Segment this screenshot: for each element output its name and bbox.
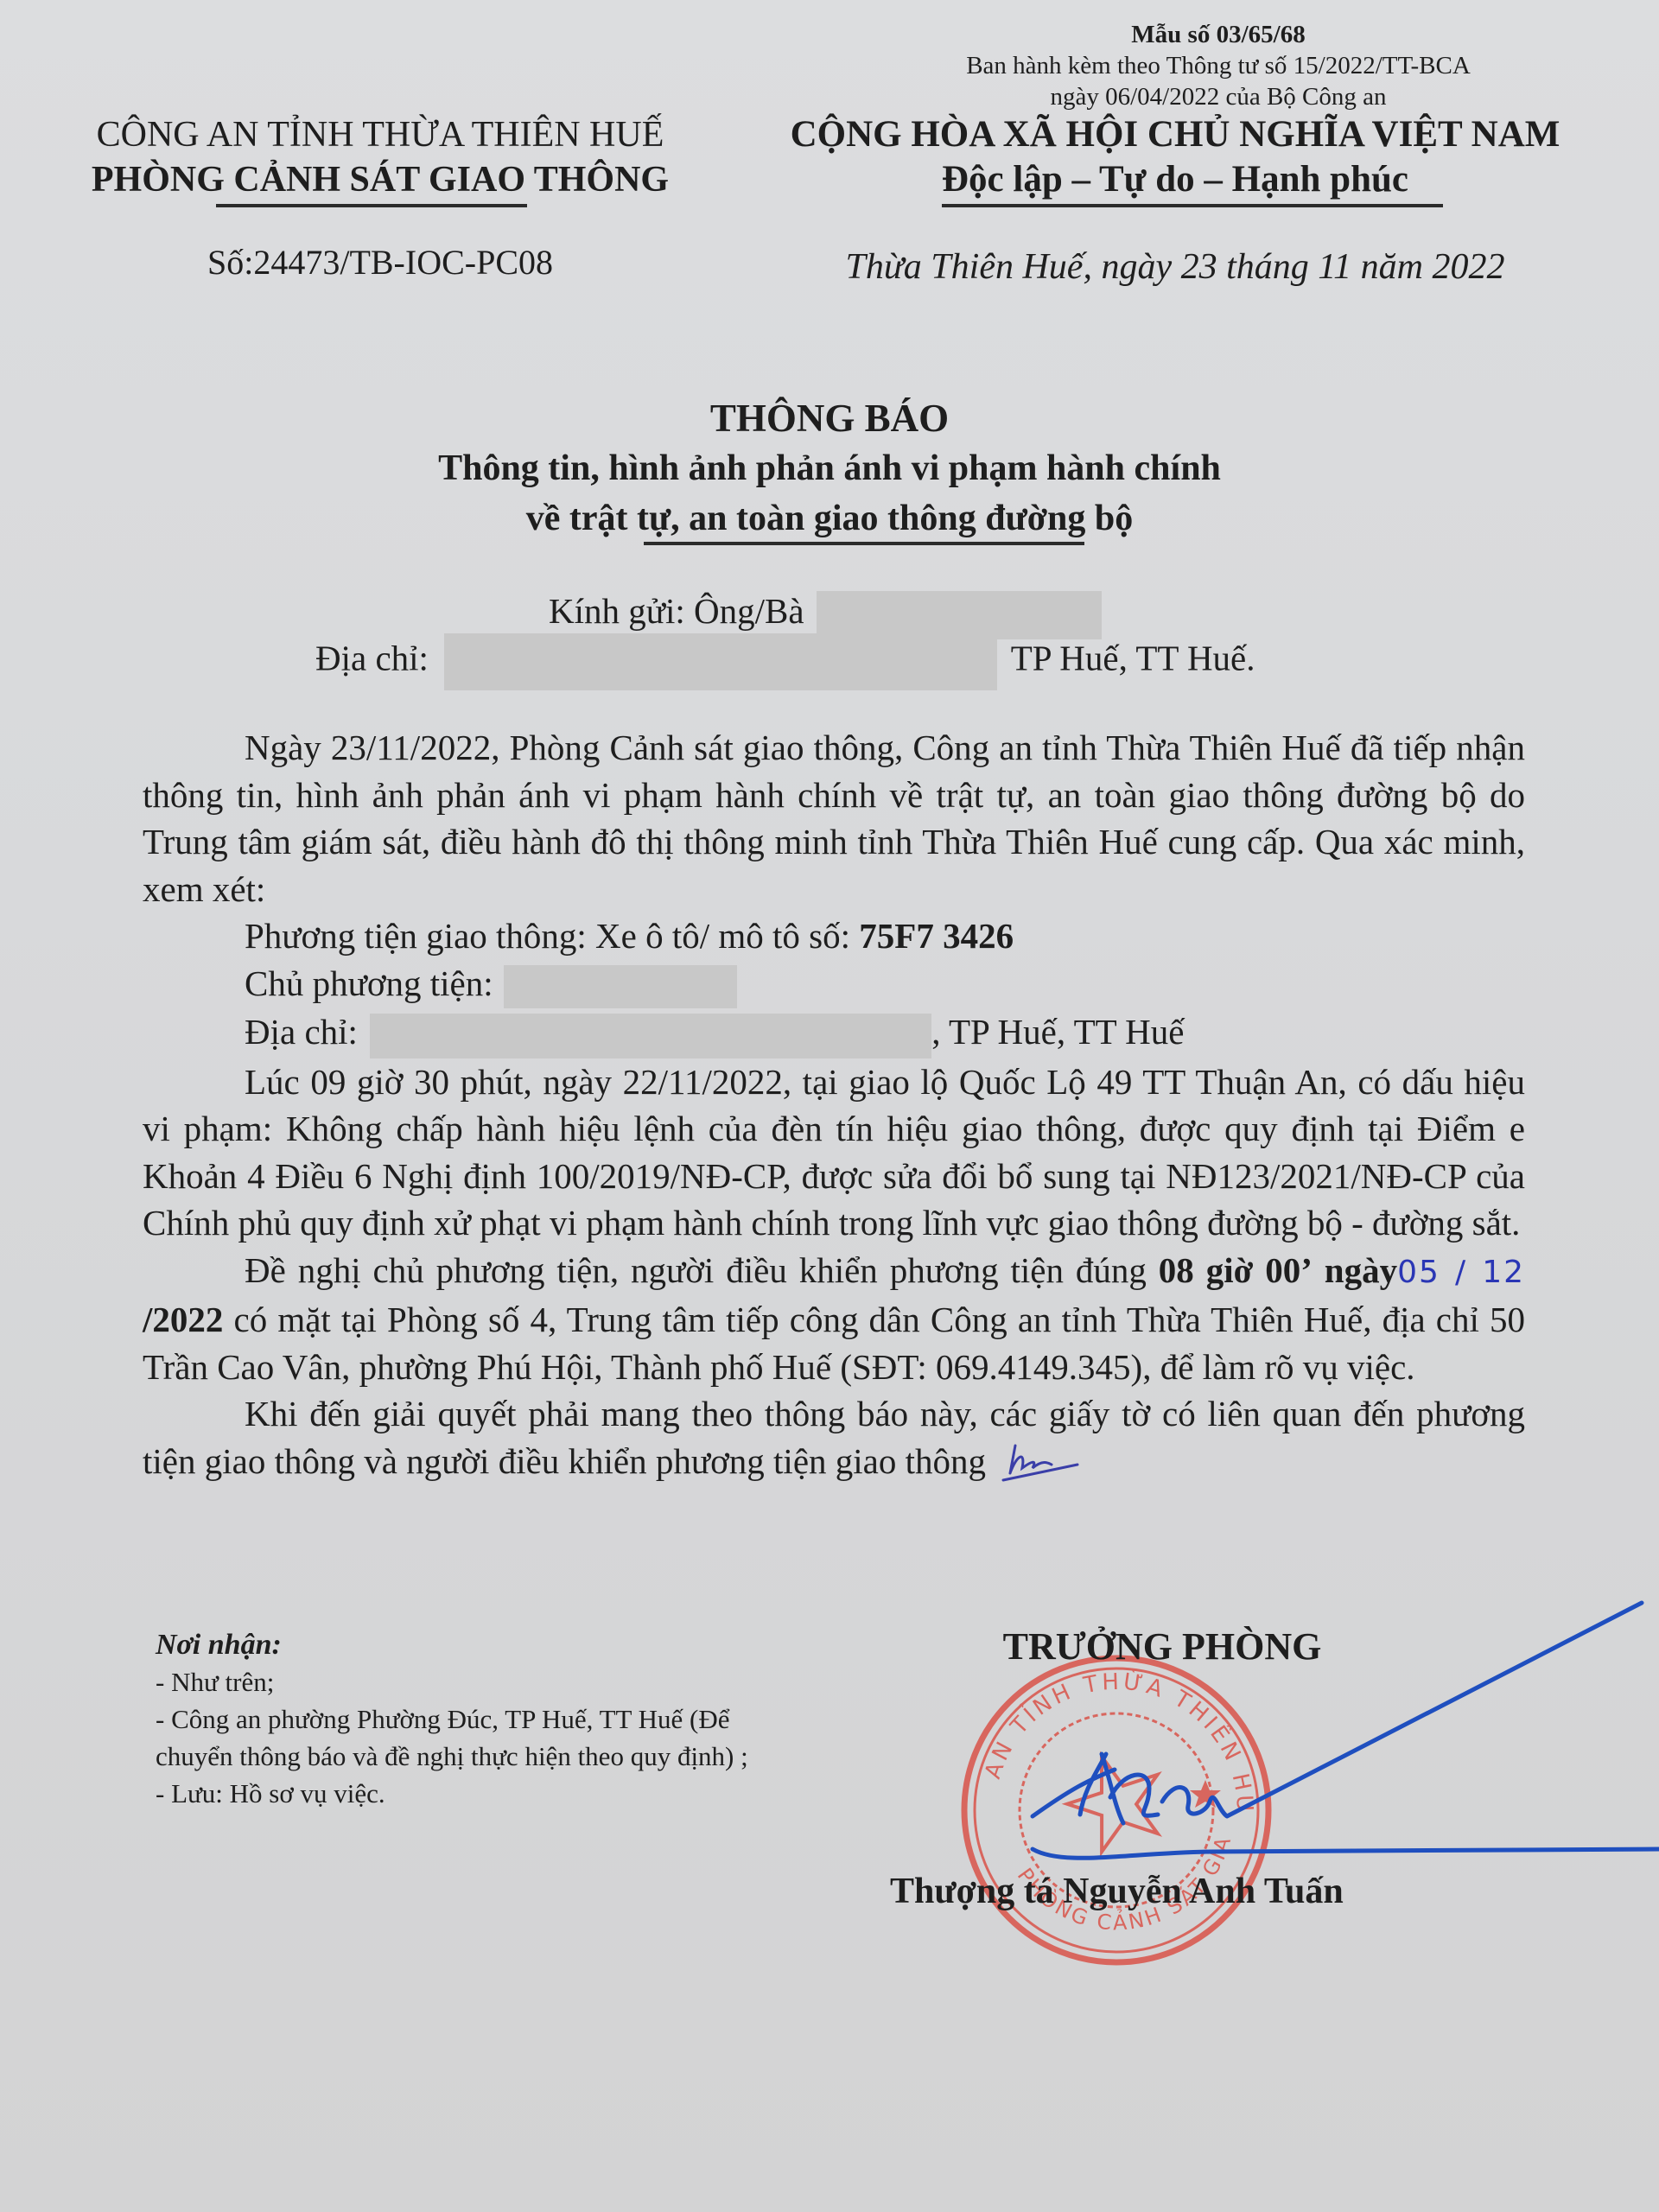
distribution-item: - Công an phường Phường Đúc, TP Huế, TT …	[156, 1700, 812, 1775]
redacted-recipient-address	[444, 633, 997, 690]
owner-address-suffix: , TP Huế, TT Huế	[931, 1012, 1184, 1052]
form-code: Mẫu số 03/65/68	[916, 19, 1521, 50]
notice-body: Ngày 23/11/2022, Phòng Cảnh sát giao thô…	[143, 724, 1525, 1485]
distribution-item: - Như trên;	[156, 1663, 812, 1700]
closing-paragraph: Khi đến giải quyết phải mang theo thông …	[143, 1390, 1525, 1485]
recipient-address-line: Địa chỉ: TP Huế, TT Huế.	[315, 633, 1255, 690]
request-rest: có mặt tại Phòng số 4, Trung tâm tiếp cô…	[143, 1300, 1525, 1387]
request-year: /2022	[143, 1300, 223, 1339]
owner-label: Chủ phương tiện:	[245, 963, 493, 1003]
title-divider	[644, 542, 1084, 545]
notice-title-block: THÔNG BÁO Thông tin, hình ảnh phản ánh v…	[225, 393, 1434, 545]
violation-paragraph: Lúc 09 giờ 30 phút, ngày 22/11/2022, tại…	[143, 1058, 1525, 1247]
owner-address-line: Địa chỉ: , TP Huế, TT Huế	[143, 1008, 1525, 1058]
document-number: Số:24473/TB-IOC-PC08	[52, 242, 709, 283]
distribution-list: Nơi nhận: - Như trên; - Công an phường P…	[156, 1626, 812, 1812]
recipient-address-label: Địa chỉ:	[315, 638, 429, 677]
redacted-owner-address	[370, 1014, 931, 1058]
issuing-agency-header: CÔNG AN TỈNH THỪA THIÊN HUẾ PHÒNG CẢNH S…	[52, 112, 709, 207]
agency-name: CÔNG AN TỈNH THỪA THIÊN HUẾ	[52, 112, 709, 157]
request-prefix: Đề nghị chủ phương tiện, người điều khiể…	[245, 1250, 1147, 1290]
distribution-heading: Nơi nhận:	[156, 1626, 812, 1663]
owner-address-label: Địa chỉ:	[245, 1012, 358, 1052]
recipient-label: Kính gửi: Ông/Bà	[549, 591, 804, 631]
vehicle-line: Phương tiện giao thông: Xe ô tô/ mô tô s…	[143, 912, 1525, 960]
handwritten-date: 05 / 12	[1397, 1255, 1525, 1290]
vehicle-label: Phương tiện giao thông: Xe ô tô/ mô tô s…	[245, 916, 850, 956]
recipient-address-suffix: TP Huế, TT Huế.	[1011, 638, 1255, 677]
header-divider	[216, 204, 527, 207]
national-motto: Độc lập – Tự do – Hạnh phúc	[717, 157, 1633, 202]
national-header: CỘNG HÒA XÃ HỘI CHỦ NGHĨA VIỆT NAM Độc l…	[717, 112, 1633, 207]
vehicle-plate: 75F7 3426	[859, 916, 1014, 956]
distribution-item: - Lưu: Hồ sơ vụ việc.	[156, 1775, 812, 1812]
signatory-name: Thượng tá Nguyễn Anh Tuấn	[890, 1871, 1344, 1912]
request-day-label: ngày	[1325, 1250, 1397, 1290]
request-paragraph: Đề nghị chủ phương tiện, người điều khiể…	[143, 1247, 1525, 1391]
form-issued-date: ngày 06/04/2022 của Bộ Công an	[916, 81, 1521, 112]
form-code-block: Mẫu số 03/65/68 Ban hành kèm theo Thông …	[916, 19, 1521, 112]
initials-mark-icon	[1000, 1442, 1095, 1485]
nation-name: CỘNG HÒA XÃ HỘI CHỦ NGHĨA VIỆT NAM	[717, 112, 1633, 157]
closing-text: Khi đến giải quyết phải mang theo thông …	[143, 1394, 1525, 1481]
notice-subtitle-line-2: về trật tự, an toàn giao thông đường bộ	[225, 493, 1434, 543]
signatory-title: TRƯỞNG PHÒNG	[968, 1624, 1357, 1669]
place-and-date: Thừa Thiên Huế, ngày 23 tháng 11 năm 202…	[717, 246, 1633, 288]
redacted-recipient-name	[817, 591, 1102, 639]
motto-divider	[942, 204, 1443, 207]
owner-line: Chủ phương tiện:	[143, 960, 1525, 1009]
form-issued-with: Ban hành kèm theo Thông tư số 15/2022/TT…	[916, 50, 1521, 81]
recipient-line: Kính gửi: Ông/Bà	[549, 588, 1102, 639]
intro-paragraph: Ngày 23/11/2022, Phòng Cảnh sát giao thô…	[143, 724, 1525, 912]
redacted-owner-name	[504, 965, 737, 1008]
notice-subtitle-line-1: Thông tin, hình ảnh phản ánh vi phạm hàn…	[225, 443, 1434, 493]
request-time: 08 giờ 00’	[1159, 1250, 1313, 1290]
department-name: PHÒNG CẢNH SÁT GIAO THÔNG	[52, 157, 709, 202]
notice-title: THÔNG BÁO	[225, 393, 1434, 443]
